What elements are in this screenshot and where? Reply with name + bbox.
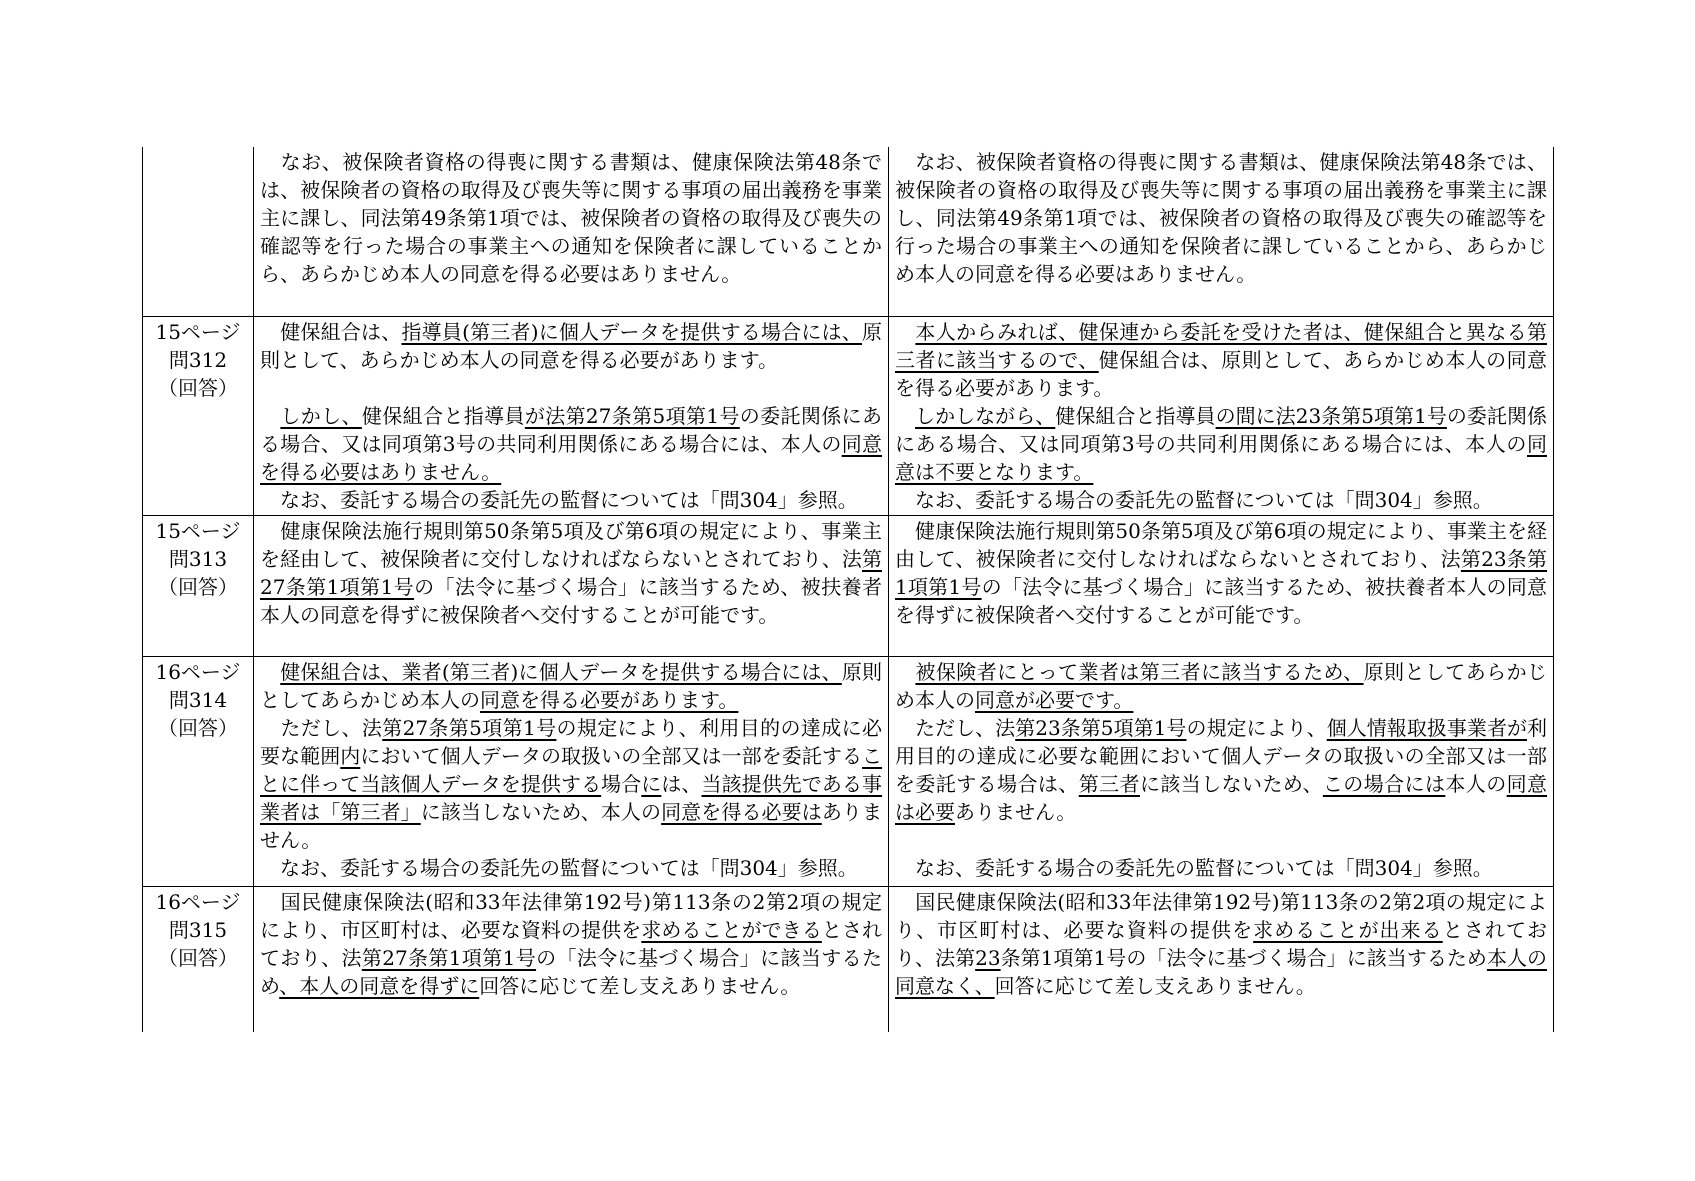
paragraph: なお、委託する場合の委託先の監督については「問304」参照。 <box>260 486 882 514</box>
revised-text-underline: 個人情報取扱事業者が <box>1327 716 1527 740</box>
revised-text-underline: 指導員(第三者)に個人データを提供する場合には、 <box>401 320 862 344</box>
text-segment: なお、被保険者資格の得喪に関する書類は、健康保険法第48条では、被保険者の資格の… <box>260 150 882 286</box>
answer-label: （回答） <box>149 573 247 601</box>
old-answer-cell: 健康保険法施行規則第50条第5項及び第6項の規定により、事業主を経由して、被保険… <box>254 515 889 656</box>
text-segment: に該当しないため、本人の <box>421 800 661 824</box>
paragraph: なお、被保険者資格の得喪に関する書類は、健康保険法第48条では、被保険者の資格の… <box>260 148 882 288</box>
revised-text-underline: 内 <box>340 744 360 768</box>
paragraph: なお、委託する場合の委託先の監督については「問304」参照。 <box>895 486 1547 514</box>
text-segment: なお、被保険者資格の得喪に関する書類は、健康保険法第48条では、被保険者の資格の… <box>895 150 1547 286</box>
answer-label: （回答） <box>149 944 247 972</box>
old-answer-cell: なお、被保険者資格の得喪に関する書類は、健康保険法第48条では、被保険者の資格の… <box>254 147 889 316</box>
answer-label: （回答） <box>149 374 247 402</box>
question-ref-cell: 16ページ問314（回答） <box>143 656 254 886</box>
text-segment <box>260 404 280 428</box>
question-ref-cell <box>143 147 254 316</box>
revised-text-underline: 23 <box>975 946 1000 970</box>
text-segment: ただし、法 <box>895 716 1015 740</box>
old-answer-cell: 健保組合は、指導員(第三者)に個人データを提供する場合には、原則として、あらかじ… <box>254 316 889 515</box>
paragraph: 被保険者にとって業者は第三者に該当するため、原則としてあらかじめ本人の同意が必要… <box>895 658 1547 714</box>
new-answer-cell: 被保険者にとって業者は第三者に該当するため、原則としてあらかじめ本人の同意が必要… <box>889 656 1554 886</box>
text-segment: 健保組合と指導員 <box>1055 404 1215 428</box>
text-segment: 健康保険法施行規則第50条第5項及び第6項の規定により、事業主を経由して、被保険… <box>260 519 882 571</box>
paragraph: 健保組合は、指導員(第三者)に個人データを提供する場合には、原則として、あらかじ… <box>260 318 882 374</box>
text-segment: 場合 <box>601 772 641 796</box>
qa-revision-comparison-table: なお、被保険者資格の得喪に関する書類は、健康保険法第48条では、被保険者の資格の… <box>142 147 1554 1032</box>
table-row: 16ページ問315（回答） 国民健康保険法(昭和33年法律第192号)第113条… <box>143 886 1554 1032</box>
text-segment: の「法令に基づく場合」に該当するため、被扶養者本人の同意を得ずに被保険者へ交付す… <box>895 575 1547 627</box>
revised-text-underline: の間に法23条第5項第1号 <box>1216 404 1447 428</box>
revised-text-underline: 健保組合は、業者(第三者)に個人データを提供する場合には、 <box>280 660 842 684</box>
paragraph: なお、委託する場合の委託先の監督については「問304」参照。 <box>260 854 882 882</box>
text-segment: の規定により、 <box>1186 716 1326 740</box>
text-segment: 健保組合と指導員 <box>362 404 525 428</box>
revised-text-underline: 第23条第5項第1号 <box>1015 716 1186 740</box>
new-answer-cell: 国民健康保険法(昭和33年法律第192号)第113条の2第2項の規定により、市区… <box>889 886 1554 1032</box>
text-segment: 健保組合は、 <box>260 320 401 344</box>
question-ref-cell: 15ページ問313（回答） <box>143 515 254 656</box>
question-number: 問313 <box>149 545 247 573</box>
text-segment: に該当しないため、 <box>1140 772 1323 796</box>
text-segment: ただし、法 <box>260 716 382 740</box>
text-segment: 回答に応じて差し支えありません。 <box>995 974 1316 998</box>
text-segment <box>895 404 915 428</box>
question-ref-cell: 16ページ問315（回答） <box>143 886 254 1032</box>
text-segment: ありません。 <box>955 800 1076 824</box>
paragraph: しかし、健保組合と指導員が法第27条第5項第1号の委託関係にある場合、又は同項第… <box>260 402 882 486</box>
table-row: 15ページ問313（回答） 健康保険法施行規則第50条第5項及び第6項の規定によ… <box>143 515 1554 656</box>
revised-text-underline: が法第27条第5項第1号 <box>525 404 740 428</box>
question-number: 問312 <box>149 346 247 374</box>
revised-text-underline: 第三者 <box>1079 772 1140 796</box>
text-segment: 健康保険法施行規則第50条第5項及び第6項の規定により、事業主を経由して、被保険… <box>895 519 1547 571</box>
paragraph: ただし、法第27条第5項第1号の規定により、利用目的の達成に必要な範囲内において… <box>260 714 882 854</box>
paragraph: 健康保険法施行規則第50条第5項及び第6項の規定により、事業主を経由して、被保険… <box>260 517 882 629</box>
revised-text-underline: 同意を得る必要があります。 <box>480 688 738 712</box>
question-number: 問315 <box>149 916 247 944</box>
text-segment: なお、委託する場合の委託先の監督については「問304」参照。 <box>895 856 1493 880</box>
text-segment: なお、委託する場合の委託先の監督については「問304」参照。 <box>895 488 1493 512</box>
answer-label: （回答） <box>149 714 247 742</box>
revised-text-underline: 求めることが出来る <box>1253 918 1443 942</box>
paragraph: 国民健康保険法(昭和33年法律第192号)第113条の2第2項の規定により、市区… <box>895 888 1547 1000</box>
revised-text-underline: この場合には <box>1323 772 1445 796</box>
paragraph: 本人からみれば、健保連から委託を受けた者は、健保組合と異なる第三者に該当するので… <box>895 318 1547 402</box>
revised-text-underline: 同意が必要です。 <box>975 688 1133 712</box>
paragraph: 国民健康保険法(昭和33年法律第192号)第113条の2第2項の規定により、市区… <box>260 888 882 1000</box>
text-segment: において個人データの取扱いの全部又は一部を委託する <box>360 744 862 768</box>
text-segment: なお、委託する場合の委託先の監督については「問304」参照。 <box>260 856 858 880</box>
text-segment: 条第1項第1号の「法令に基づく場合」に該当するため <box>1001 946 1487 970</box>
revised-text-underline: 第27条第1項第1号 <box>362 946 536 970</box>
new-answer-cell: 健康保険法施行規則第50条第5項及び第6項の規定により、事業主を経由して、被保険… <box>889 515 1554 656</box>
paragraph: なお、委託する場合の委託先の監督については「問304」参照。 <box>895 854 1547 882</box>
revised-text-underline: 、本人の同意を得ずに <box>279 974 479 998</box>
revised-text-underline: に <box>641 772 661 796</box>
text-segment: は、 <box>661 772 701 796</box>
paragraph: ただし、法第23条第5項第1号の規定により、個人情報取扱事業者が利用目的の達成に… <box>895 714 1547 826</box>
paragraph <box>260 374 882 402</box>
revised-text-underline: しかし、 <box>280 404 361 428</box>
text-segment: なお、委託する場合の委託先の監督については「問304」参照。 <box>260 488 858 512</box>
table-row: 15ページ問312（回答） 健保組合は、指導員(第三者)に個人データを提供する場… <box>143 316 1554 515</box>
revised-text-underline: 同意を得る必要は <box>661 800 822 824</box>
question-ref-cell: 15ページ問312（回答） <box>143 316 254 515</box>
page-ref: 16ページ <box>149 888 247 916</box>
table-row: なお、被保険者資格の得喪に関する書類は、健康保険法第48条では、被保険者の資格の… <box>143 147 1554 316</box>
text-segment <box>895 320 915 344</box>
paragraph: しかしながら、健保組合と指導員の間に法23条第5項第1号の委託関係にある場合、又… <box>895 402 1547 486</box>
revised-text-underline: 被保険者にとって業者は第三者に該当するため、 <box>915 660 1363 684</box>
page-ref: 15ページ <box>149 517 247 545</box>
old-answer-cell: 健保組合は、業者(第三者)に個人データを提供する場合には、原則としてあらかじめ本… <box>254 656 889 886</box>
paragraph: なお、被保険者資格の得喪に関する書類は、健康保険法第48条では、被保険者の資格の… <box>895 148 1547 288</box>
question-number: 問314 <box>149 686 247 714</box>
text-segment: 本人の <box>1445 772 1506 796</box>
paragraph <box>895 826 1547 854</box>
new-answer-cell: 本人からみれば、健保連から委託を受けた者は、健保組合と異なる第三者に該当するので… <box>889 316 1554 515</box>
revised-text-underline: 第27条第5項第1号 <box>382 716 556 740</box>
revised-text-underline: 求めることができる <box>641 918 822 942</box>
new-answer-cell: なお、被保険者資格の得喪に関する書類は、健康保険法第48条では、被保険者の資格の… <box>889 147 1554 316</box>
page-ref: 16ページ <box>149 658 247 686</box>
page-ref: 15ページ <box>149 318 247 346</box>
paragraph: 健康保険法施行規則第50条第5項及び第6項の規定により、事業主を経由して、被保険… <box>895 517 1547 629</box>
document-page: なお、被保険者資格の得喪に関する書類は、健康保険法第48条では、被保険者の資格の… <box>0 0 1695 1181</box>
table-row: 16ページ問314（回答） 健保組合は、業者(第三者)に個人データを提供する場合… <box>143 656 1554 886</box>
text-segment: 回答に応じて差し支えありません。 <box>479 974 800 998</box>
text-segment <box>895 660 915 684</box>
paragraph: 健保組合は、業者(第三者)に個人データを提供する場合には、原則としてあらかじめ本… <box>260 658 882 714</box>
revised-text-underline: しかしながら、 <box>915 404 1055 428</box>
old-answer-cell: 国民健康保険法(昭和33年法律第192号)第113条の2第2項の規定により、市区… <box>254 886 889 1032</box>
text-segment <box>260 660 280 684</box>
